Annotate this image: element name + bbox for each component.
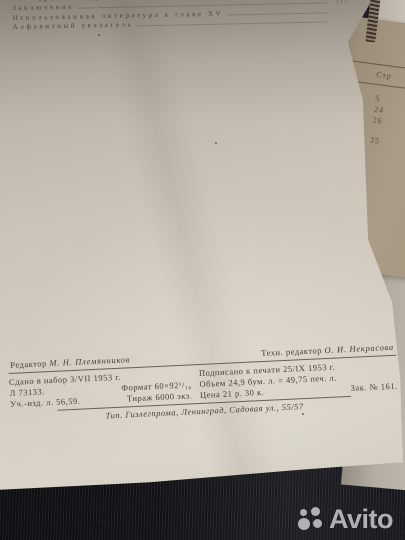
imprint-text [191,368,192,379]
imprint-right-column: Подписано к печати 25/IX 1953 г. Объем 2… [199,359,398,401]
imprint-text: Тираж 6000 экз. [127,390,193,404]
tech-editor-name: О. И. Некрасова [324,342,394,355]
paper-speck [215,142,217,144]
book-page-photo: Стр 5 24 26 35 красного дубления 773 Зак… [0,0,405,540]
paper-speck [98,34,100,36]
imprint-block: Редактор М. Н. Племянников Техн. редакто… [8,342,399,426]
avito-logo-circle [298,518,310,530]
book-page: красного дубления 773 Заключение 777 Исп… [0,0,405,540]
tech-editor-label: Техн. редактор [261,345,322,358]
toc-entry-label: Алфавитный указатель [13,20,134,31]
avito-watermark: Avito [298,506,393,532]
avito-logo-icon [298,506,324,532]
imprint-text: Цена 21 р. 30 к. [200,387,265,401]
errata-page-number: 35 [369,135,405,158]
table-of-contents: красного дубления 773 Заключение 777 Исп… [12,0,349,31]
toc-entry-label: Заключение [12,3,74,12]
imprint-text: Уч.-изд. л. 56,59. [10,396,81,410]
imprint-text: Зак. № 161. [350,381,397,394]
toc-leader-dots [137,21,326,26]
imprint-text [396,359,397,370]
editor-name: М. Н. Племянников [49,354,130,368]
avito-brand-text: Avito [329,506,393,532]
avito-logo-circle [311,507,320,516]
toc-entry-page: 777 [330,0,348,5]
avito-logo-circle [300,509,307,516]
editor-label: Редактор [10,358,47,370]
errata-page-number: 26 [372,115,405,138]
avito-logo-circle [313,519,322,528]
paper-speck [302,413,304,415]
imprint-text [397,370,398,381]
